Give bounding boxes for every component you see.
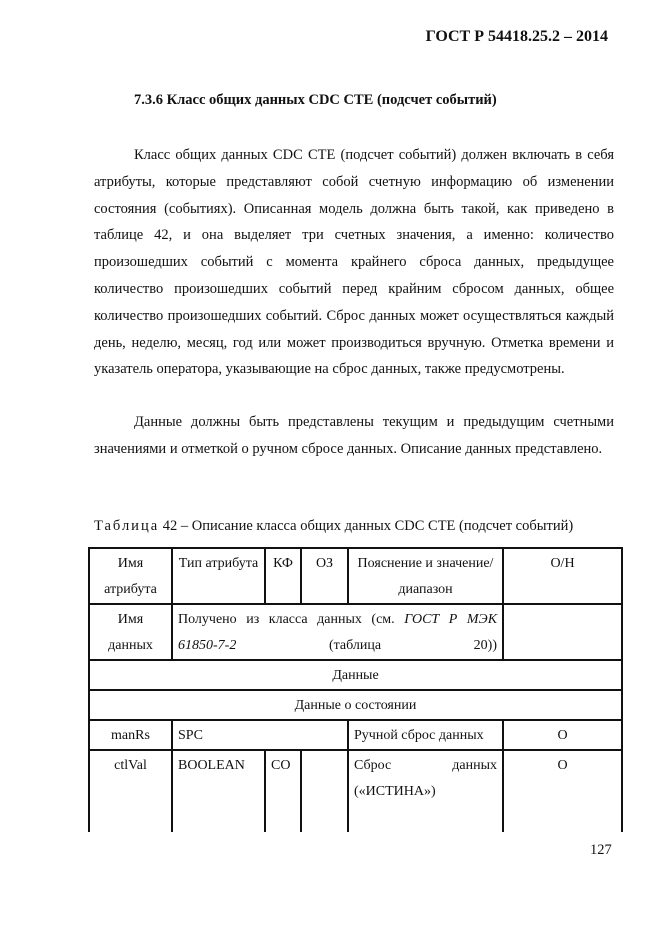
attr-trg	[301, 750, 348, 832]
table-header-row: Имя атрибута Тип атрибута КФ ОЗ Пояснени…	[89, 548, 622, 604]
header-attribute-type: Тип атрибута	[172, 548, 265, 604]
data-name-inheritance: Получено из класса данных (см. ГОСТ Р МЭ…	[172, 604, 503, 660]
attr-type: SPC	[172, 720, 348, 750]
attr-type: BOOLEAN	[172, 750, 265, 832]
attr-name: ctlVal	[89, 750, 172, 832]
section-row-status: Данные о состоянии	[89, 690, 622, 720]
header-fc: КФ	[265, 548, 301, 604]
attr-mo: O	[503, 720, 622, 750]
attr-name: manRs	[89, 720, 172, 750]
attr-description-line1: Сброс данных	[354, 753, 497, 779]
inheritance-text-end: (таблица 20))	[236, 638, 497, 653]
table-row: manRs SPC Ручной сброс данных O	[89, 720, 622, 750]
attr-description: Сброс данных(«ИСТИНА»)	[348, 750, 503, 832]
header-mo: О/Н	[503, 548, 622, 604]
table-row: ctlVal BOOLEAN CO Сброс данных(«ИСТИНА»)…	[89, 750, 622, 832]
table-caption-prefix: Таблица	[94, 518, 159, 534]
data-name-row: Имя данных Получено из класса данных (см…	[89, 604, 622, 660]
paragraph-1: Класс общих данных CDC CTE (подсчет собы…	[94, 142, 614, 383]
data-name-label: Имя данных	[89, 604, 172, 660]
paragraph-2: Данные должны быть представлены текущим …	[94, 409, 614, 463]
table-caption-text: 42 – Описание класса общих данных CDC CT…	[159, 518, 573, 534]
data-name-mo	[503, 604, 622, 660]
section-data-label: Данные	[89, 660, 622, 690]
header-attribute-name: Имя атрибута	[89, 548, 172, 604]
table-caption: Таблица 42 – Описание класса общих данны…	[94, 518, 573, 535]
header-description: Пояснение и значение/диапазон	[348, 548, 503, 604]
section-status-label: Данные о состоянии	[89, 690, 622, 720]
inheritance-text: Получено из класса данных (см.	[178, 612, 404, 627]
attr-description-line2: («ИСТИНА»)	[354, 779, 497, 805]
document-header: ГОСТ Р 54418.25.2 – 2014	[426, 28, 608, 46]
page-number: 127	[590, 842, 612, 859]
section-row-data: Данные	[89, 660, 622, 690]
attr-description: Ручной сброс данных	[348, 720, 503, 750]
attributes-table: Имя атрибута Тип атрибута КФ ОЗ Пояснени…	[88, 547, 623, 832]
attr-mo: O	[503, 750, 622, 832]
header-trg: ОЗ	[301, 548, 348, 604]
section-title: 7.3.6 Класс общих данных CDC CTE (подсче…	[134, 92, 497, 109]
attr-fc: CO	[265, 750, 301, 832]
